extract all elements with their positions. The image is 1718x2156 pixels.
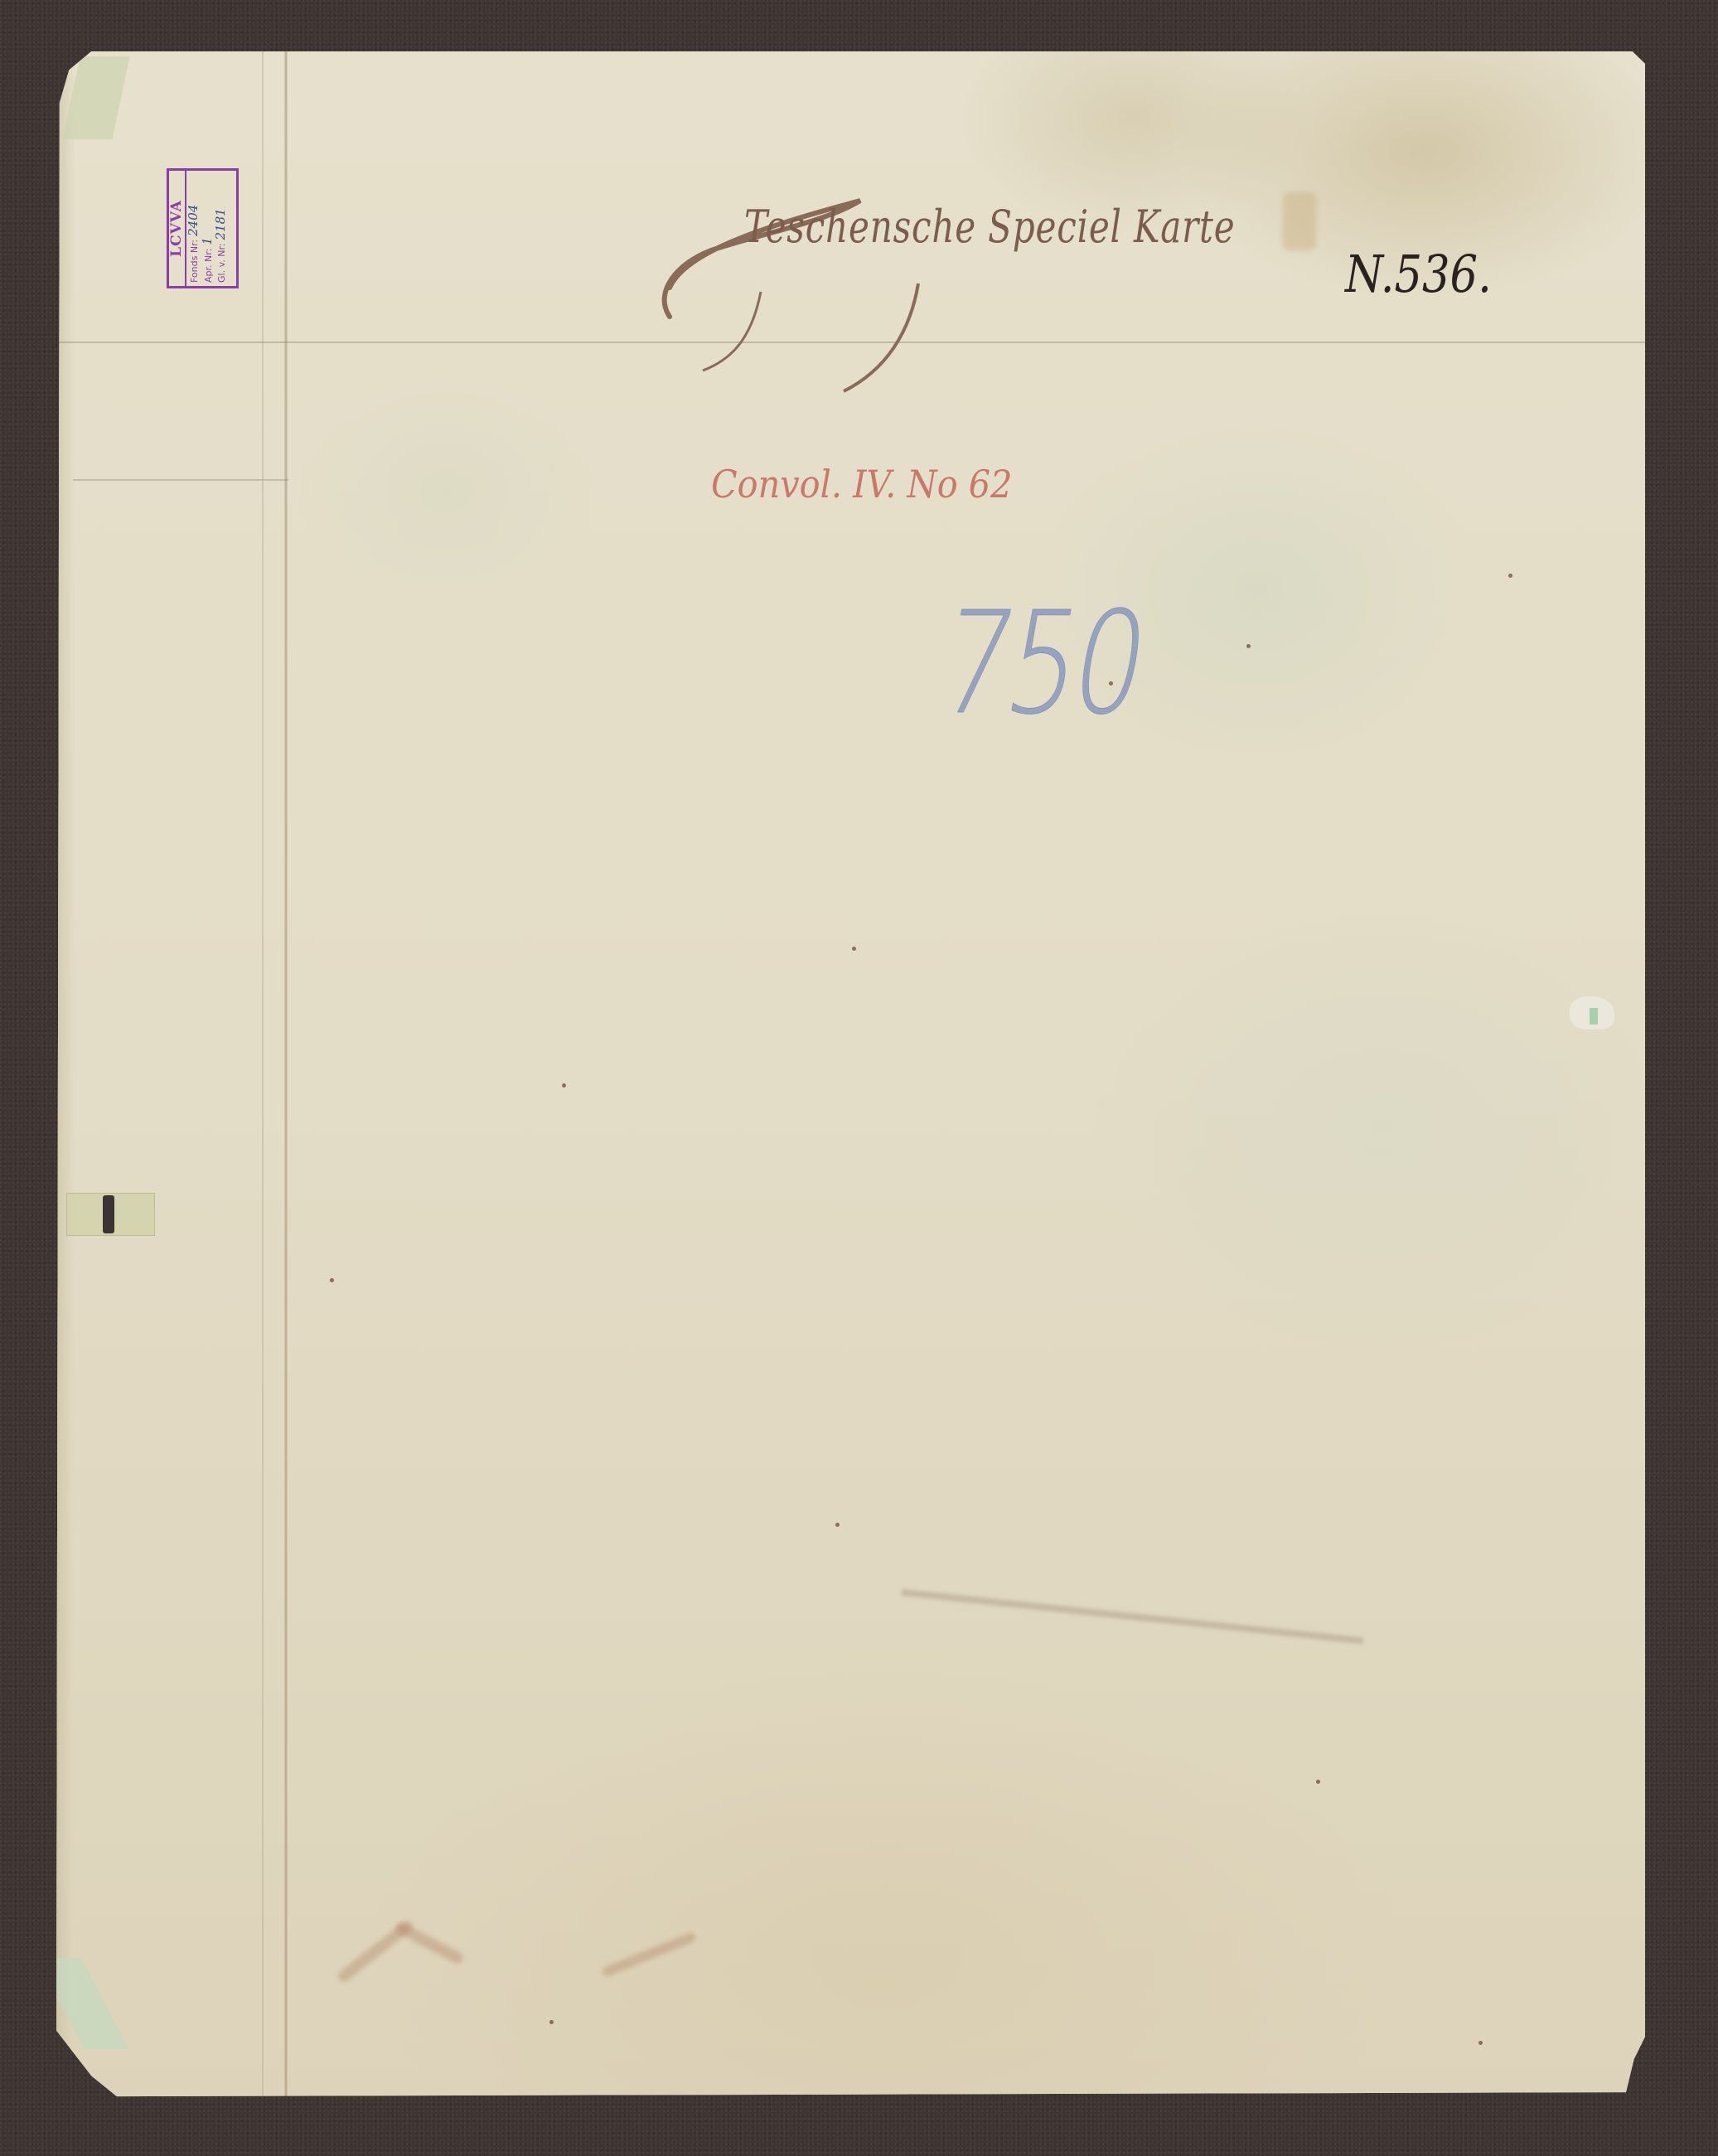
stain-mark <box>1283 192 1316 250</box>
foxing-dot <box>852 947 856 951</box>
spine-horizontal-crease <box>73 479 288 481</box>
foxing-dot <box>1508 574 1512 578</box>
spine-edge-strip <box>56 51 75 2109</box>
document-title: Teschensche Speciel Karte <box>744 201 1235 253</box>
document-number: N.536. <box>1345 244 1492 304</box>
archive-stamp: LCVVA Fonds Nr: 2404 Apr. Nr: 1 Gl. v. N… <box>167 168 239 288</box>
red-ink-annotation: Convol. IV. No 62 <box>711 462 1012 506</box>
foxing-dot <box>1246 644 1251 648</box>
foxing-dot <box>1399 2107 1403 2111</box>
stain-streak <box>902 1589 1364 1644</box>
spine-crease-inner <box>262 51 264 2109</box>
stamp-value: 2404 <box>187 205 201 236</box>
stamp-value: 1 <box>201 237 215 245</box>
blue-pencil-number: 750 <box>929 582 1156 746</box>
stamp-row-glv: Gl. v. Nr: 2181 <box>214 171 228 286</box>
stamp-label: Apr. Nr: <box>204 249 214 283</box>
foxing-dot <box>835 1523 840 1527</box>
foxing-dot <box>1316 1780 1320 1784</box>
stain-mark <box>394 1921 465 1966</box>
foxing-dot <box>549 2020 554 2024</box>
stamp-label: Fonds Nr: <box>190 240 200 283</box>
stamp-archive-name: LCVVA <box>169 171 186 286</box>
stamp-label: Gl. v. Nr: <box>217 244 227 283</box>
edge-tear-repair <box>1570 996 1614 1030</box>
spine-fold-line <box>284 51 288 2109</box>
foxing-dot <box>330 1278 334 1282</box>
document-sheet: LCVVA Fonds Nr: 2404 Apr. Nr: 1 Gl. v. N… <box>56 51 1645 2109</box>
stamp-value: 2181 <box>215 208 228 240</box>
stain-mark <box>601 1931 697 1978</box>
foxing-dot <box>1109 681 1113 686</box>
stamp-row-fonds: Fonds Nr: 2404 <box>186 171 201 286</box>
corner-repair-tape-bottom-left <box>36 1958 129 2049</box>
tab-dark-mark <box>103 1195 114 1233</box>
spine-tape-tab <box>66 1193 155 1236</box>
foxing-dot <box>562 1083 566 1088</box>
stamp-row-apr: Apr. Nr: 1 <box>201 171 215 286</box>
foxing-dot <box>1478 2041 1483 2045</box>
